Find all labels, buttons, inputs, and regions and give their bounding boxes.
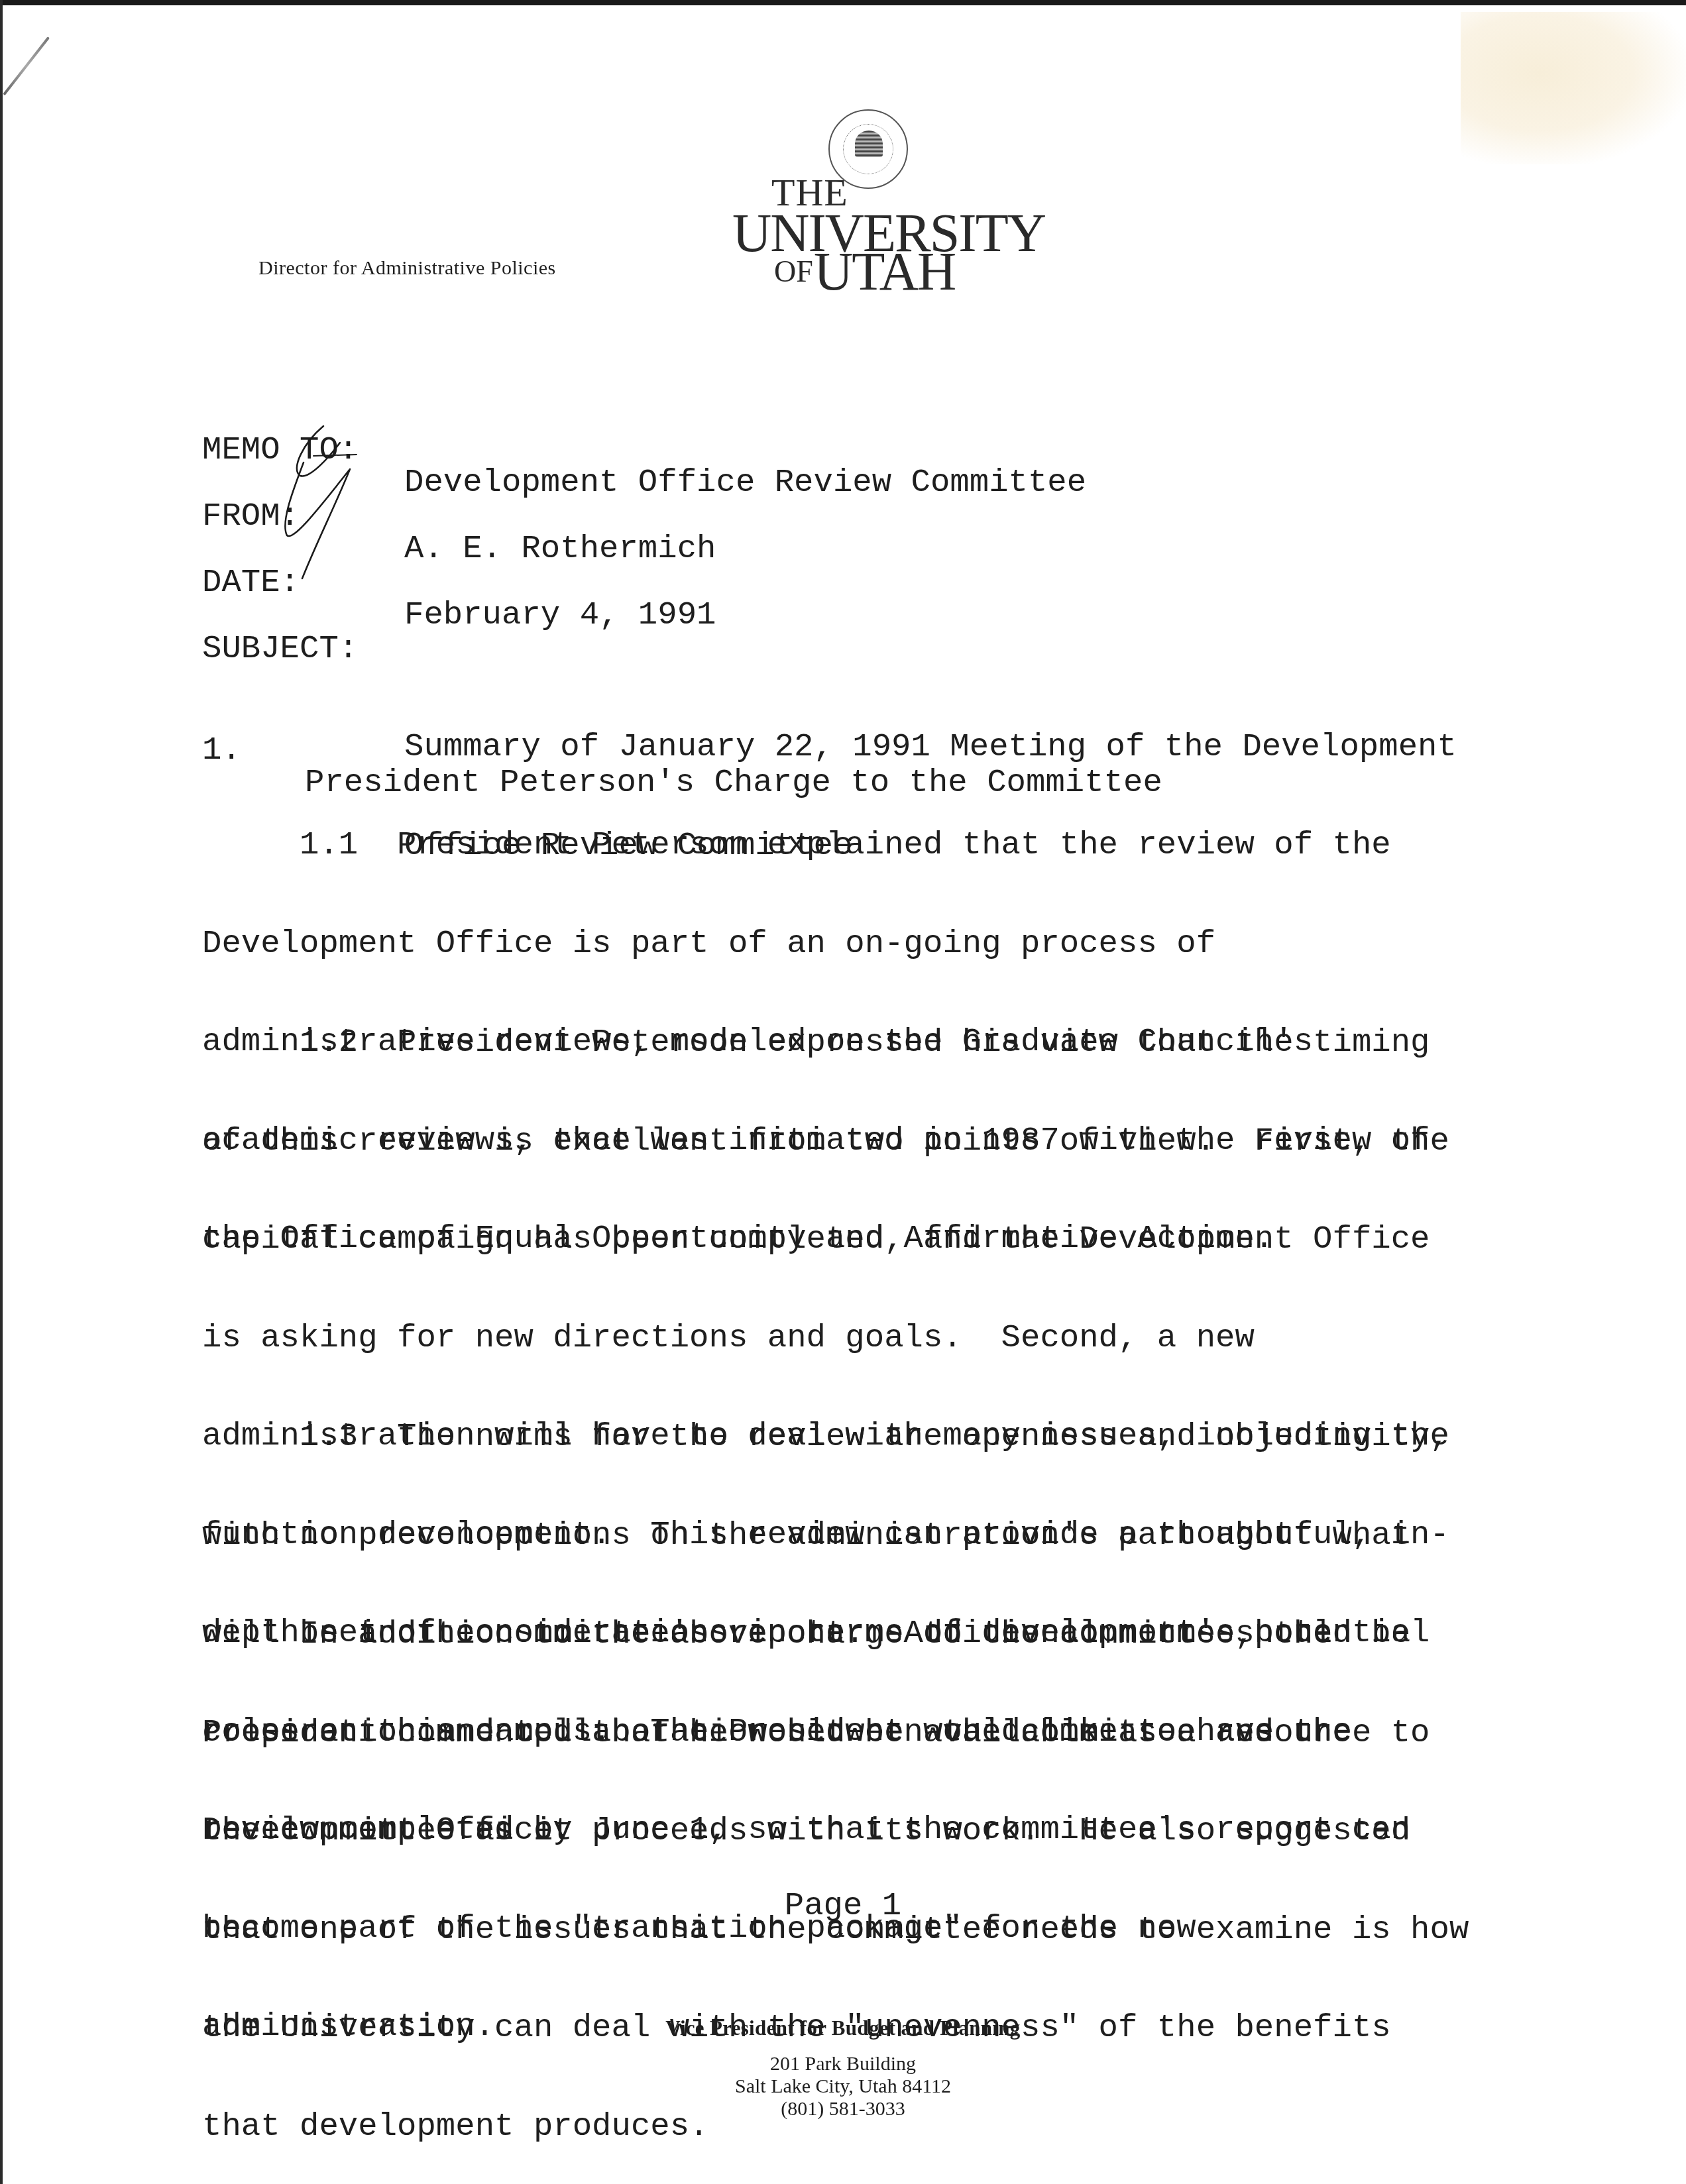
paragraph-line: President commented that he would be ava… — [202, 1717, 1469, 1750]
paragraph-line: with no preconceptions on the administra… — [202, 1519, 1449, 1553]
footer-phone: (801) 581-3033 — [0, 2098, 1686, 2120]
footer-address: 201 Park Building Salt Lake City, Utah 8… — [0, 2053, 1686, 2120]
subject-row: SUBJECT: Summary of January 22, 1991 Mee… — [202, 600, 241, 698]
paper-stain — [1461, 12, 1686, 164]
footer-address-line2: Salt Lake City, Utah 84112 — [0, 2075, 1686, 2098]
footer-office: Vice President for Budget and Planning — [0, 2016, 1686, 2040]
logo-of: OF — [774, 254, 813, 289]
paragraph-line: In addition to the above charge to the c… — [202, 1618, 1469, 1651]
page-number: Page 1 — [0, 1890, 1686, 1923]
department-label: Director for Administrative Policies — [258, 257, 556, 280]
memo-to-value: Development Office Review Committee — [404, 466, 1086, 500]
university-logo: THE UNIVERSITY OF UTAH — [729, 109, 994, 301]
paragraph-line: capital campaign has been completed, and… — [202, 1223, 1449, 1256]
staple-icon — [3, 36, 50, 95]
logo-utah: UTAH — [814, 241, 955, 303]
section-number: 1. — [202, 734, 241, 767]
paragraph-line: the committee as it proceeds with its wo… — [202, 1815, 1469, 1848]
paragraph-line: is asking for new directions and goals. … — [202, 1322, 1449, 1355]
date-value: February 4, 1991 — [404, 599, 716, 632]
subject-line: Summary of January 22, 1991 Meeting of t… — [404, 731, 1457, 764]
paragraph-line: 1.3 The norms for the review are opennes… — [202, 1421, 1449, 1454]
subject-label: SUBJECT: — [202, 633, 358, 666]
beehive-icon — [855, 131, 883, 157]
paragraph-line: 1.1 President Peterson explained that th… — [202, 829, 1430, 862]
paragraph-line: Development Office is part of an on-goin… — [202, 928, 1430, 961]
paragraph-line: of this review is excellent from two poi… — [202, 1125, 1449, 1158]
scan-edge-top — [0, 0, 1686, 5]
paragraph-line: 1.2 President Peterson expressed his vie… — [202, 1026, 1449, 1060]
handwritten-initials — [277, 416, 390, 582]
from-value: A. E. Rothermich — [404, 533, 716, 566]
scan-edge-left — [0, 0, 3, 2184]
footer-address-line1: 201 Park Building — [0, 2053, 1686, 2075]
